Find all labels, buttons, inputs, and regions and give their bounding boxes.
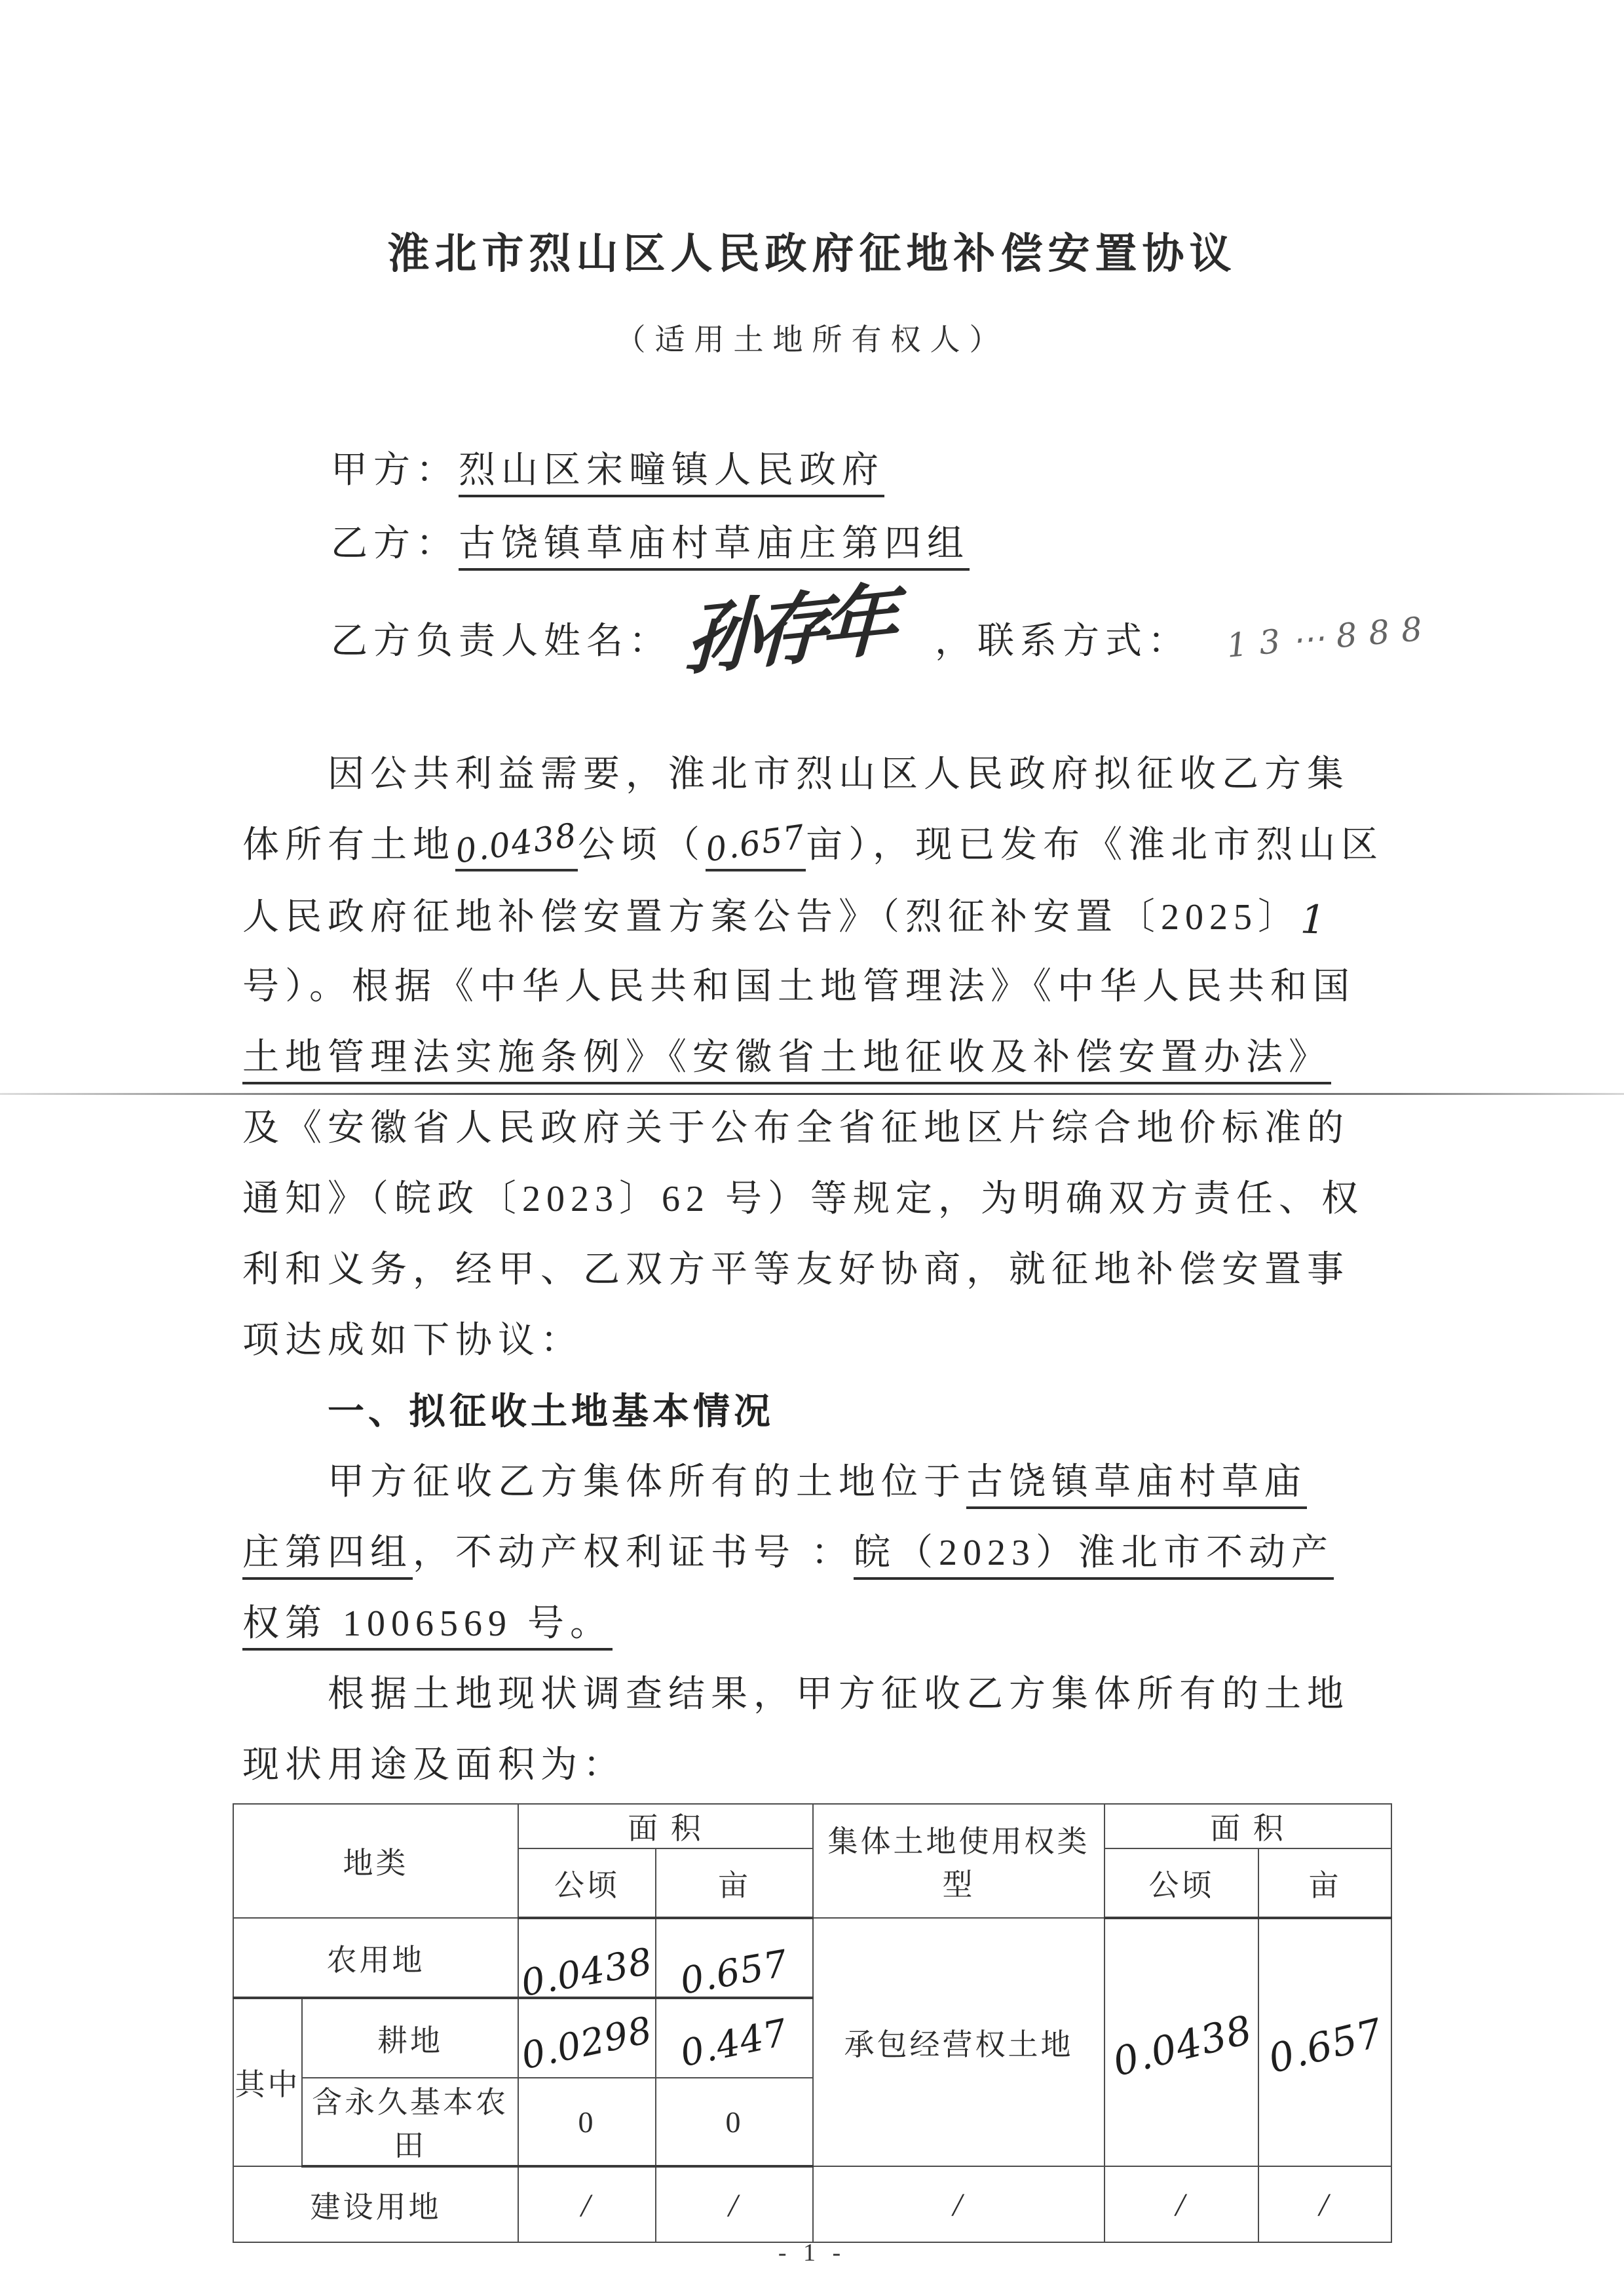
row-agricultural-land: 农用地 0.0438 0.657 承包经营权土地 0.0438 0.657 [233, 1918, 1391, 1998]
para1-line8: 利和义务，经甲、乙双方平等友好协商，就征地补偿安置事 [242, 1234, 1407, 1305]
cell-yj-label: 含永久基本农田 [302, 2078, 518, 2166]
para1-line6: 及《安徽省人民政府关于公布全省征地区片综合地价标准的 [242, 1093, 1407, 1164]
cell-js-mu: / [656, 2166, 813, 2242]
section1-line4: 根据土地现状调查结果，甲方征收乙方集体所有的土地 [242, 1659, 1407, 1730]
doc-title: 淮北市烈山区人民政府征地补偿安置协议 [0, 220, 1624, 280]
slash-mark: / [953, 2186, 965, 2223]
slash-mark: / [1319, 2186, 1331, 2223]
cell-agri-ha: 0.0438 [518, 1918, 656, 1998]
text-segment: 公顷（ [578, 825, 706, 866]
section1-heading: 一、拟征收土地基本情况 [242, 1376, 1407, 1447]
slash-mark: / [728, 2187, 740, 2223]
cell-geng-label: 耕地 [302, 1998, 518, 2078]
party-b-value: 古饶镇草庙村草庙庄第四组 [459, 524, 970, 571]
text-segment-underlined: 古饶镇草庙村草庙 [966, 1462, 1307, 1509]
cell-js-label: 建设用地 [233, 2166, 518, 2242]
cell-js-ha: / [518, 2166, 656, 2242]
header-mu-right: 亩 [1258, 1848, 1391, 1918]
cell-js-ha2: / [1105, 2166, 1258, 2242]
handwritten-contact: 13⋯888 [1223, 582, 1438, 691]
handwritten-geng-ha: 0.0298 [518, 2009, 656, 2078]
para1-line5: 土地管理法实施条例》《安徽省土地征收及补偿安置办法》 [242, 1022, 1407, 1093]
text-segment: 亩），现已发布《淮北市烈山区 [806, 825, 1384, 866]
party-b-rep-line: 乙方负责人姓名：孙存年，联系方式：13⋯888 [331, 581, 1434, 672]
handwritten-agri-mu: 0.657 [677, 1942, 791, 2003]
cell-agri-mu: 0.657 [656, 1918, 813, 1998]
header-area-left: 面 积 [518, 1804, 813, 1848]
para1-line1: 因公共利益需要，淮北市烈山区人民政府拟征收乙方集 [242, 739, 1407, 810]
para1-line2: 体所有土地0.0438公顷（0.657亩），现已发布《淮北市烈山区 [242, 810, 1407, 881]
text-segment-underlined: 权第 1006569 号。 [242, 1603, 613, 1651]
text-segment-underlined: 土地管理法实施条例》《安徽省土地征收及补偿安置办法》 [242, 1037, 1331, 1084]
header-land-class: 地类 [233, 1804, 518, 1918]
cell-right-ha: 0.0438 [1105, 1918, 1258, 2166]
text-segment: ，不动产权利证书号 ： [413, 1533, 854, 1573]
cell-right-type: 承包经营权土地 [813, 1918, 1105, 2166]
handwritten-doc-number: 1 [1299, 884, 1327, 955]
section1-line1: 甲方征收乙方集体所有的土地位于古饶镇草庙村草庙 [242, 1447, 1407, 1518]
text-segment: 甲方征收乙方集体所有的土地位于 [328, 1462, 966, 1502]
para1-line9: 项达成如下协议： [242, 1305, 1407, 1376]
header-mu-left: 亩 [656, 1848, 813, 1918]
body-text: 因公共利益需要，淮北市烈山区人民政府拟征收乙方集 体所有土地0.0438公顷（0… [242, 739, 1407, 1801]
para1-line7: 通知》（皖政〔2023〕62 号）等规定，为明确双方责任、权 [242, 1164, 1407, 1234]
cell-right-mu: 0.657 [1258, 1918, 1391, 2166]
section1-line5: 现状用途及面积为： [242, 1730, 1407, 1801]
cell-yj-mu: 0 [656, 2078, 813, 2166]
handwritten-agri-ha: 0.0438 [518, 1940, 656, 2004]
header-area-right: 面 积 [1105, 1804, 1391, 1848]
document-page: 淮北市烈山区人民政府征地补偿安置协议 （适用土地所有权人） 甲方：烈山区宋疃镇人… [0, 0, 1624, 2296]
header-hectare-right: 公顷 [1105, 1848, 1258, 1918]
page-number: - 1 - [0, 2238, 1624, 2267]
row-construction-land: 建设用地 / / / / / [233, 2166, 1391, 2242]
contact-label: ，联系方式： [935, 621, 1190, 662]
para1-line4: 号）。根据《中华人民共和国土地管理法》《中华人民共和国 [242, 951, 1407, 1022]
slash-mark: / [1176, 2186, 1188, 2223]
text-segment-underlined: 庄第四组 [242, 1533, 413, 1580]
header-hectare-left: 公顷 [518, 1848, 656, 1918]
cell-geng-ha: 0.0298 [518, 1998, 656, 2078]
text-segment-underlined: 皖（2023）淮北市不动产 [854, 1533, 1334, 1580]
handwritten-signature: 孙存年 [683, 573, 890, 687]
handwritten-geng-mu: 0.447 [677, 2012, 791, 2076]
cell-geng-mu: 0.447 [656, 1998, 813, 2078]
text-segment: 体所有土地 [242, 825, 455, 866]
text-segment: 人民政府征地补偿安置方案公告》（烈征补安置〔2025〕 [242, 897, 1300, 938]
party-a-line: 甲方：烈山区宋疃镇人民政府 [331, 434, 1434, 507]
handwritten-blank-hectares: 0.0438 [455, 810, 578, 871]
section1-line3: 权第 1006569 号。 [242, 1588, 1407, 1659]
party-b-label: 乙方： [331, 524, 459, 564]
header-right-type: 集体土地使用权类型 [813, 1804, 1105, 1918]
handwritten-hectares: 0.0438 [451, 800, 582, 887]
rep-label: 乙方负责人姓名： [331, 621, 671, 662]
cell-yj-ha: 0 [518, 2078, 656, 2166]
slash-mark: / [581, 2187, 593, 2223]
handwritten-blank-mu: 0.657 [706, 810, 806, 871]
handwritten-right-ha: 0.0438 [1108, 2007, 1256, 2086]
cell-qizhong: 其中 [233, 1998, 302, 2166]
parties-block: 甲方：烈山区宋疃镇人民政府 乙方：古饶镇草庙村草庙庄第四组 乙方负责人姓名：孙存… [331, 434, 1434, 672]
doc-subtitle: （适用土地所有权人） [0, 316, 1624, 359]
party-a-value: 烈山区宋疃镇人民政府 [459, 450, 884, 497]
cell-agri-label: 农用地 [233, 1918, 518, 1998]
handwritten-right-mu: 0.657 [1264, 2010, 1388, 2082]
para1-line3: 人民政府征地补偿安置方案公告》（烈征补安置〔2025〕1 [242, 881, 1407, 951]
land-area-table: 地类 面 积 集体土地使用权类型 面 积 公顷 亩 公顷 亩 农用地 0.043… [233, 1803, 1392, 2243]
party-b-line: 乙方：古饶镇草庙村草庙庄第四组 [331, 507, 1434, 581]
handwritten-mu: 0.657 [701, 801, 810, 885]
party-a-label: 甲方： [331, 450, 459, 491]
table-header-row-1: 地类 面 积 集体土地使用权类型 面 积 [233, 1804, 1391, 1848]
section1-line2: 庄第四组，不动产权利证书号 ：皖（2023）淮北市不动产 [242, 1518, 1407, 1588]
cell-js-type: / [813, 2166, 1105, 2242]
cell-js-mu2: / [1258, 2166, 1391, 2242]
